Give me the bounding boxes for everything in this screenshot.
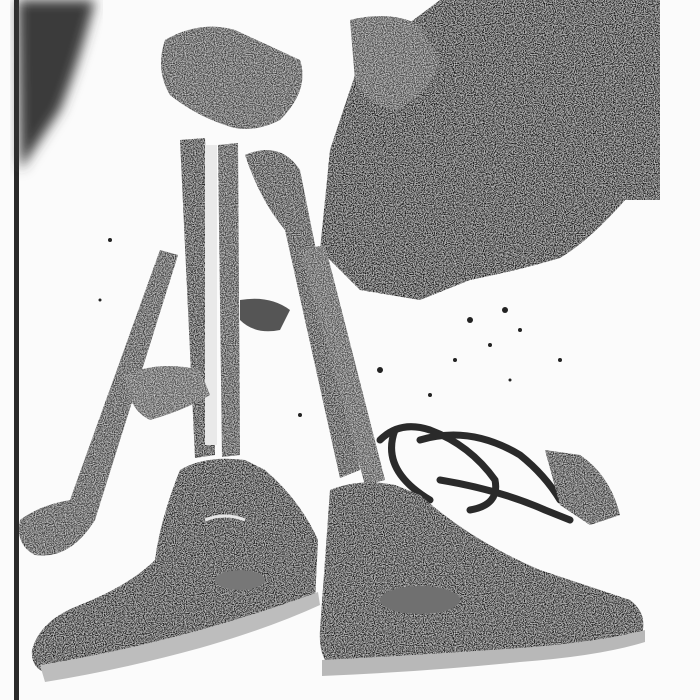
upper-left-shadow bbox=[18, 0, 95, 170]
left-border-line bbox=[14, 0, 19, 700]
knee-bone-left bbox=[161, 27, 303, 129]
left-boot-highlight bbox=[215, 570, 265, 590]
photo-illustration bbox=[0, 0, 700, 700]
bone-highlight bbox=[205, 145, 217, 445]
photocopy-photo bbox=[0, 0, 700, 700]
bone-fragment-2 bbox=[240, 299, 290, 332]
fibula-left bbox=[218, 143, 240, 457]
right-boot-highlight bbox=[380, 586, 460, 614]
